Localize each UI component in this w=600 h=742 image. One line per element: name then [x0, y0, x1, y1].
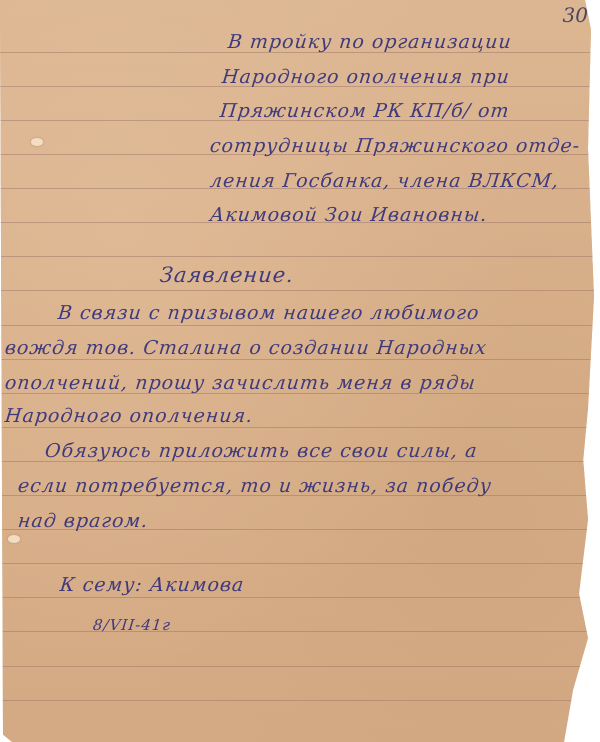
date: 8/VII-41г — [92, 616, 172, 634]
addressee-line: Акимовой Зои Ивановны. — [209, 204, 489, 226]
ruled-line — [0, 631, 600, 632]
ruled-line — [0, 256, 600, 257]
body-line: В связи с призывом нашего любимого — [57, 302, 481, 324]
ruled-line — [0, 563, 600, 564]
body-line: над врагом. — [17, 510, 150, 532]
document-title: Заявление. — [159, 263, 296, 287]
ruled-line — [0, 427, 600, 428]
ruled-line — [0, 700, 600, 701]
ruled-line — [0, 666, 600, 667]
ruled-line — [0, 359, 600, 360]
body-line: вождя тов. Сталина о создании Народных — [4, 337, 488, 359]
body-line: Народного ополчения. — [4, 405, 255, 427]
addressee-line: В тройку по организации — [227, 31, 513, 53]
paper-stain — [8, 535, 20, 543]
document-page: 30 В тройку по организации Народного опо… — [0, 0, 600, 742]
signature: К сему: Акимова — [59, 574, 246, 596]
body-line: ополчений, прошу зачислить меня в ряды — [4, 372, 477, 394]
paper-stain — [31, 138, 43, 146]
ruled-line — [0, 290, 600, 291]
ruled-line — [0, 325, 600, 326]
body-line: если потребуется, то и жизнь, за победу — [17, 475, 493, 497]
addressee-line: Народного ополчения при — [221, 66, 511, 88]
addressee-line: сотрудницы Пряжинского отде- — [209, 135, 581, 157]
addressee-line: ления Госбанка, члена ВЛКСМ, — [209, 170, 560, 192]
addressee-line: Пряжинском РК КП/б/ от — [219, 100, 511, 122]
body-line: Обязуюсь приложить все свои силы, а — [44, 440, 479, 462]
page-number: 30 — [563, 3, 588, 27]
ruled-line — [0, 597, 600, 598]
